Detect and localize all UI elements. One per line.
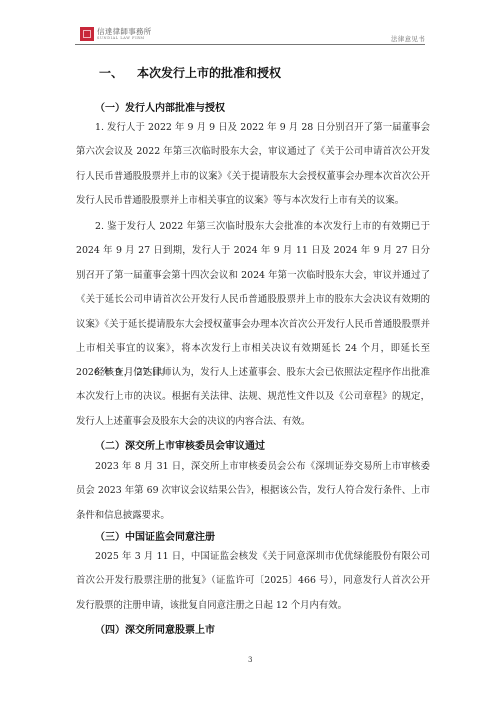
page-number: 3: [248, 656, 252, 664]
subsection-heading-4: （四）深交所同意股票上市: [95, 621, 215, 636]
paragraph-1-1: 1. 发行人于 2022 年 9 月 9 日及 2022 年 9 月 28 日分…: [76, 116, 430, 214]
section-title-text: 本次发行上市的批准和授权: [137, 66, 281, 80]
section-number: 一、: [99, 66, 123, 80]
firm-name-en: SUNDIAL LAW FIRM: [97, 37, 152, 41]
paragraph-2-1: 2023 年 8 月 31 日，深交所上市审核委员会公布《深圳证券交易所上市审核…: [76, 455, 430, 528]
subsection-heading-3: （三）中国证监会同意注册: [95, 528, 215, 543]
subsection-heading-1: （一）发行人内部批准与授权: [95, 99, 225, 114]
paragraph-1-3: 经核查，信达律师认为，发行人上述董事会、股东大会已依照法定程序作出批准本次发行上…: [76, 361, 430, 434]
paragraph-3-1: 2025 年 3 月 11 日，中国证监会核发《关于同意深圳市优优绿能股份有限公…: [76, 545, 430, 618]
document-type: 法律意见书: [391, 34, 425, 43]
section-title: 一、本次发行上市的批准和授权: [99, 64, 281, 81]
subsection-heading-2: （二）深交所上市审核委员会审议通过: [95, 437, 265, 452]
page-header: 信達律師事務所 SUNDIAL LAW FIRM 法律意见书: [75, 24, 425, 44]
firm-logo: 信達律師事務所 SUNDIAL LAW FIRM: [80, 27, 152, 41]
firm-seal-icon: [80, 27, 94, 41]
header-divider: [75, 44, 425, 45]
firm-name-cn: 信達律師事務所: [97, 28, 152, 36]
